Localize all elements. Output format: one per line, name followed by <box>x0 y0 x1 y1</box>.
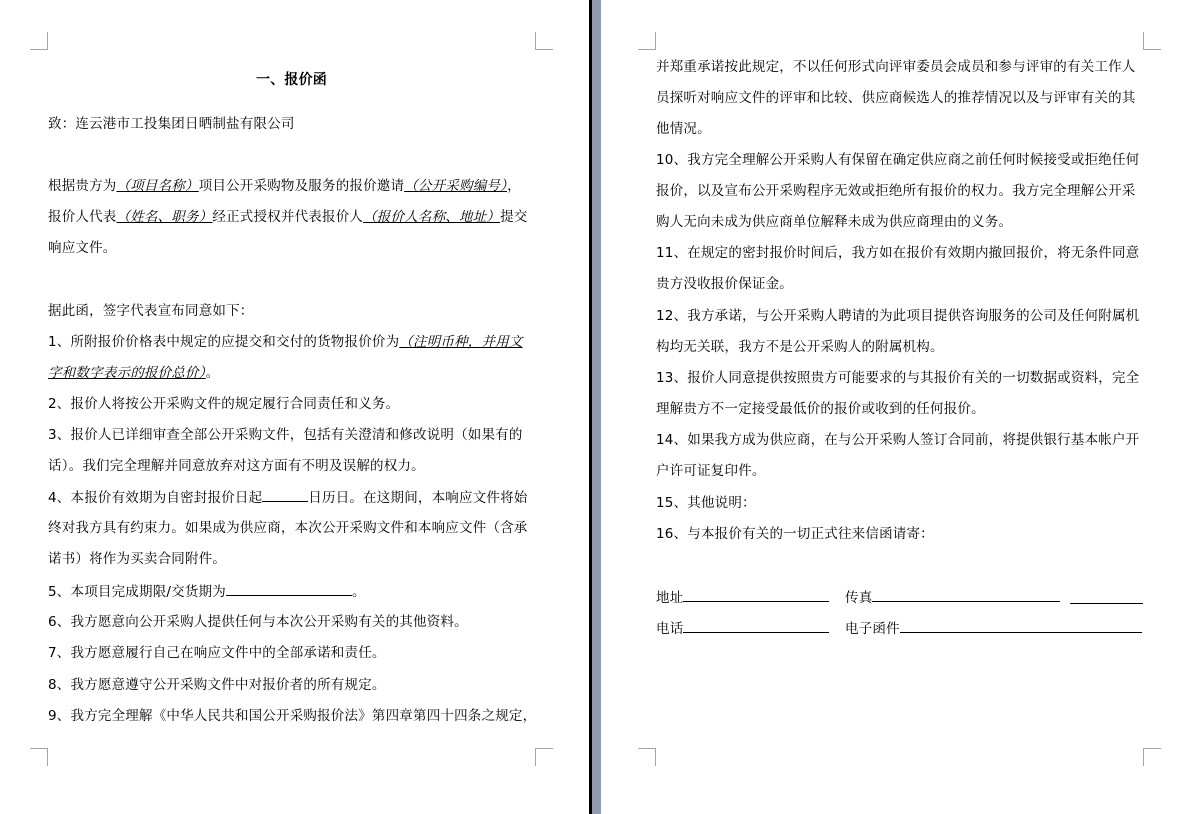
intro-text: 经正式授权并代表报价人 <box>212 209 363 225</box>
item-5: 5、本项目完成期限/交货期为。 <box>48 583 366 600</box>
item-9-line-1: 9、我方完全理解《中华人民共和国公开采购报价法》第四章第四十四条之规定， <box>48 708 536 724</box>
item-14-line-1: 14、如果我方成为供应商，在与公开采购人签订合同前，将提供银行基本帐户开 <box>656 432 1139 448</box>
item-9-line-3: 员探听对响应文件的评审和比较、供应商候选人的推荐情况以及与评审有关的其 <box>656 90 1136 106</box>
item-10-line-3: 购人无向未成为供应商单位解释未成为供应商理由的义务。 <box>656 214 1012 230</box>
address-blank[interactable] <box>683 589 829 602</box>
item-1-line-1: 1、所附报价价格表中规定的应提交和交付的货物报价价为（注明币种，并用文 <box>48 334 523 350</box>
item-12-line-2: 构均无关联，我方不是公开采购人的附属机构。 <box>656 339 944 355</box>
item-text: 5、本项目完成期限/交货期为 <box>48 584 226 600</box>
item-9-line-2: 并郑重承诺按此规定，不以任何形式向评审委员会成员和参与评审的有关工作人 <box>656 59 1136 75</box>
contact-row-1: 地址 <box>656 589 829 606</box>
item-6: 6、我方愿意向公开采购人提供任何与本次公开采购有关的其他资料。 <box>48 614 468 630</box>
item-16: 16、与本报价有关的一切正式往来信函请寄： <box>656 526 934 542</box>
document-page-left: 一、报价函 致：连云港市工投集团日晒制盐有限公司 根据贵方为（项目名称）项目公开… <box>0 0 589 814</box>
procurement-number-field[interactable]: （公开采购编号） <box>404 178 507 194</box>
addressee: 致：连云港市工投集团日晒制盐有限公司 <box>48 116 295 132</box>
page-gap <box>592 0 601 814</box>
intro-line-1: 根据贵方为（项目名称）项目公开采购物及服务的报价邀请（公开采购编号）， <box>48 178 521 194</box>
total-price-field-cont[interactable]: 字和数字表示的报价总价） <box>48 365 206 381</box>
item-12-line-1: 12、我方承诺，与公开采购人聘请的为此项目提供咨询服务的公司及任何附属机 <box>656 308 1139 324</box>
document-page-right: 并郑重承诺按此规定，不以任何形式向评审委员会成员和参与评审的有关工作人 员探听对… <box>601 0 1191 814</box>
fax-blank[interactable] <box>872 589 1060 602</box>
item-13-line-2: 理解贵方不一定接受最低价的报价或收到的任何报价。 <box>656 401 985 417</box>
item-13-line-1: 13、报价人同意提供按照贵方可能要求的与其报价有关的一切数据或资料，完全 <box>656 370 1139 386</box>
item-4-line-1: 4、本报价有效期为自密封报价日起日历日。在这期间，本响应文件将始 <box>48 489 528 506</box>
delivery-period-blank[interactable] <box>226 583 352 596</box>
representative-name-field[interactable]: （姓名、职务） <box>117 209 213 225</box>
item-14-line-2: 户许可证复印件。 <box>656 463 766 479</box>
item-8: 8、我方愿意遵守公开采购文件中对报价者的所有规定。 <box>48 677 386 693</box>
item-2: 2、报价人将按公开采购文件的规定履行合同责任和义务。 <box>48 396 399 412</box>
item-text: 。 <box>352 584 366 600</box>
project-name-field[interactable]: （项目名称） <box>117 178 199 194</box>
item-text: 1、所附报价价格表中规定的应提交和交付的货物报价价为 <box>48 334 399 350</box>
item-text: 4、本报价有效期为自密封报价日起 <box>48 490 262 506</box>
validity-days-blank[interactable] <box>262 489 308 502</box>
margin-corner-top-left <box>30 32 48 50</box>
item-3-line-1: 3、报价人已详细审查全部公开采购文件，包括有关澄清和修改说明（如果有的 <box>48 427 523 443</box>
item-15: 15、其他说明： <box>656 495 756 511</box>
total-price-field[interactable]: （注明币种，并用文 <box>399 334 522 350</box>
phone-blank[interactable] <box>683 620 829 633</box>
margin-corner-bottom-left <box>638 748 656 766</box>
intro-line-2: 报价人代表（姓名、职务）经正式授权并代表报价人（报价人名称、地址）提交 <box>48 209 528 225</box>
intro-text: 提交 <box>500 209 527 225</box>
intro-text: 根据贵方为 <box>48 178 117 194</box>
margin-corner-bottom-right <box>535 748 553 766</box>
email-blank[interactable] <box>900 620 1142 633</box>
intro-text: 项目公开采购物及服务的报价邀请 <box>199 178 405 194</box>
bidder-name-address-field[interactable]: （报价人名称、地址） <box>363 209 500 225</box>
item-3-line-2: 话）。我们完全理解并同意放弃对这方面有不明及误解的权力。 <box>48 458 425 474</box>
address-label: 地址 <box>656 590 683 606</box>
margin-corner-top-right <box>1143 32 1161 50</box>
item-text: 日历日。在这期间，本响应文件将始 <box>308 490 527 506</box>
item-10-line-2: 报价，以及宣布公开采购程序无效或拒绝所有报价的权力。我方完全理解公开采 <box>656 183 1136 199</box>
item-4-line-2: 终对我方具有约束力。如果成为供应商，本次公开采购文件和本响应文件（含承 <box>48 520 528 536</box>
item-7: 7、我方愿意履行自己在响应文件中的全部承诺和责任。 <box>48 645 386 661</box>
margin-corner-top-right <box>535 32 553 50</box>
item-4-line-3: 诺书）将作为买卖合同附件。 <box>48 551 226 567</box>
margin-corner-bottom-left <box>30 748 48 766</box>
item-9-line-4: 他情况。 <box>656 121 711 137</box>
intro-line-3: 响应文件。 <box>48 240 117 256</box>
intro-text: 报价人代表 <box>48 209 117 225</box>
declaration-lead: 据此函，签字代表宣布同意如下： <box>48 303 254 319</box>
intro-text: ， <box>507 178 521 194</box>
fax-label: 传真 <box>845 590 872 606</box>
item-11-line-1: 11、在规定的密封报价时间后，我方如在报价有效期内撤回报价，将无条件同意 <box>656 245 1139 261</box>
margin-corner-bottom-right <box>1143 748 1161 766</box>
page-title: 一、报价函 <box>256 72 327 88</box>
extra-blank[interactable] <box>1070 591 1143 604</box>
phone-label: 电话 <box>656 621 683 637</box>
email-label: 电子函件 <box>845 621 900 637</box>
item-text: 。 <box>206 365 220 381</box>
contact-fax: 传真 <box>845 589 1060 606</box>
item-10-line-1: 10、我方完全理解公开采购人有保留在确定供应商之前任何时候接受或拒绝任何 <box>656 152 1139 168</box>
item-1-line-2: 字和数字表示的报价总价）。 <box>48 365 219 381</box>
item-11-line-2: 贵方没收报价保证金。 <box>656 276 793 292</box>
contact-email: 电子函件 <box>845 620 1142 637</box>
contact-row-2: 电话 <box>656 620 829 637</box>
margin-corner-top-left <box>638 32 656 50</box>
